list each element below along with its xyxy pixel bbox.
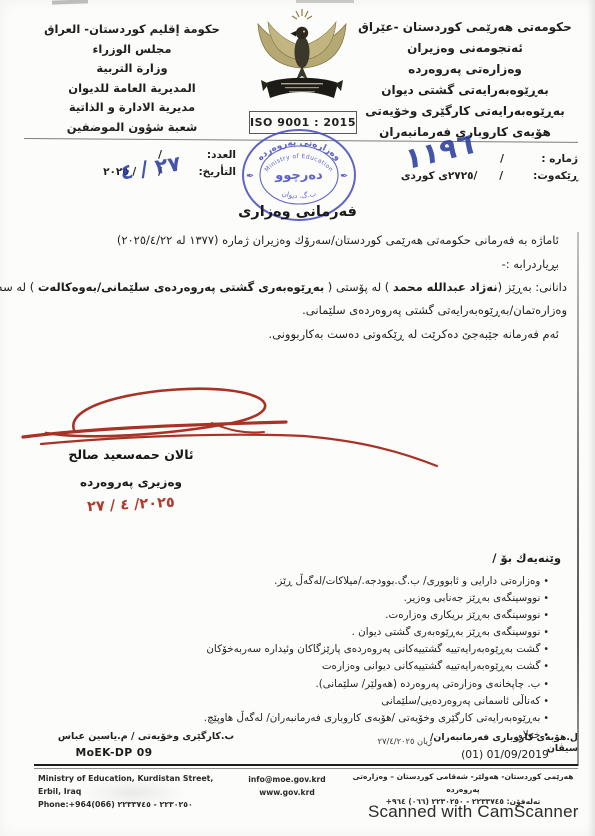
typist-note: ژیان ٢٧/٤/٢٠٢٥ — [328, 736, 432, 746]
number-label: ژمارە : — [534, 151, 578, 168]
letterhead-line: حكومة إقليم كوردستان- العراق — [26, 20, 238, 40]
camscanner-watermark: Scanned with CamScanner — [368, 802, 590, 822]
letterhead-line: بەڕێوەبەرایەتی كارگێری وخۆیەتی — [352, 101, 578, 122]
signatory-title: وەزیری پەروەردە — [40, 475, 222, 489]
copy-list-item: گشت بەڕێوەبەرایەتییە گشتییەكانی پەروەردە… — [20, 641, 549, 658]
decision-intro: بڕیاردرابە :- — [502, 257, 559, 271]
copy-list-item: ب. چاپخانەی وەزارەتی پەروەردە (هەولێر/ س… — [20, 676, 549, 693]
scan-smudge — [52, 0, 88, 5]
date-label: التأريخ: — [192, 164, 236, 181]
letterhead-line: مجلس الوزراء — [26, 40, 238, 60]
copy-list-item: كەناڵی ئاسمانی پەروەردەیی/سلێمانی — [20, 693, 549, 710]
footer-address-en: Ministry of Education, Kurdistan Street,… — [38, 772, 234, 798]
scan-edge-line — [577, 232, 579, 766]
decree-line-1: دانانی: بەڕێز (نەژاد عبدالله محمد ) لە پ… — [0, 280, 567, 294]
letterhead-kurdish: حكومەتی هەرێمی كوردستان -عێراقئەنجومەنی … — [352, 17, 578, 143]
reference-line: ئاماژە بە فەرمانی حكومەتی هەرێمی كوردستا… — [117, 233, 559, 247]
copies-list: وەزارەتی دارایی و ئابووری/ ب.گ.بوودجە./م… — [20, 573, 549, 744]
copies-heading: وێنەیەك بۆ / — [492, 551, 561, 565]
admin-note: ب.كارگێری وخۆیەتی / م.یاسین عباس — [48, 731, 244, 742]
scan-smudge — [296, 0, 354, 3]
footer-website: www.gov.krd — [228, 787, 346, 800]
decree-text: ) لە پۆستی ( — [324, 280, 393, 294]
footer-separator-line-shadow — [34, 768, 578, 769]
footer-contact: info@moe.gov.krd www.gov.krd — [228, 774, 346, 799]
letterhead-line: ئەنجومەنی وەزیران — [352, 38, 578, 59]
form-code: MoEK-DP 09 — [56, 746, 172, 759]
footer-email: info@moe.gov.krd — [228, 774, 346, 787]
signature-handwritten-date: ٢٠٢٥/ ٤ / ٢٧ — [40, 492, 223, 518]
number-label: العدد: — [192, 147, 236, 164]
appointee-name: نەژاد عبدالله محمد — [393, 280, 498, 294]
stamp-bottom-text: ب.گ. دیوان — [281, 189, 317, 200]
document-title: فەرمانی وەزاری — [0, 204, 595, 220]
copy-list-item: بەڕێوەبەرایەتی كارگێری وخۆیەتی /هۆبەی كا… — [20, 710, 549, 727]
svg-text:ب.گ. دیوان: ب.گ. دیوان — [281, 189, 317, 200]
letterhead-line: شعبة شؤون الموضفين — [26, 118, 238, 138]
letterhead-line: حكومەتی هەرێمی كوردستان -عێراق — [352, 17, 578, 38]
document-code: (01) 01/09/2019 — [438, 748, 572, 761]
scanned-document-page: حكومة إقليم كوردستان- العراقمجلس الوزراء… — [0, 0, 595, 836]
decree-text: دانانی: بەڕێز ( — [498, 280, 567, 294]
letterhead-line: بەڕێوەبەرایەتی گشتی دیوان — [352, 80, 578, 101]
letterhead-line: مديرية الادارة و الذاتية — [26, 98, 238, 118]
signatory-name: ئالان حمەسعید صالح — [40, 447, 222, 462]
letterhead-arabic: حكومة إقليم كوردستان- العراقمجلس الوزراء… — [26, 20, 238, 137]
letterhead-line: وەزارەتی پەروەردە — [352, 59, 578, 80]
letterhead-line: المديرية العامة للديوان — [26, 79, 238, 99]
number-value: / — [500, 151, 504, 168]
decree-line-3: ئەم فەرمانە جێبەجێ دەكرێت لە ڕێكەوتی دەس… — [268, 327, 559, 341]
stamp-pen-icon: ✒ — [246, 171, 254, 182]
footer-english: Ministry of Education, Kurdistan Street,… — [38, 772, 234, 811]
copy-list-item: گشت بەڕێوەبەرایەتییە گشتییەكانی دیوانی و… — [20, 658, 549, 675]
copy-list-item: نووسینگەی بەڕێز جەنابی وەزیر. — [20, 590, 549, 607]
date-label: ڕێكەوت: — [533, 168, 578, 185]
copy-list-item: نووسینگەی بەڕێز بەڕێوەبەری گشتی دیوان . — [20, 624, 549, 641]
footer-separator-line — [34, 764, 578, 766]
copy-list-item: وەزارەتی دارایی و ئابووری/ ب.گ.بوودجە./م… — [20, 573, 549, 590]
footer-phone-en: Phone:+964(066) ٢٢٣٠٢٥٠ - ٢٢٣٣٧٤٥ — [38, 798, 234, 811]
decree-text: ) لە سەر میلاكی — [0, 280, 38, 294]
stamp-center-text: دەرچوو — [274, 168, 323, 183]
footer-address-ku: هەرێمی كوردستان- هەولێر- شەقامی كوردستان… — [350, 771, 576, 796]
stamp-pen-icon: ✒ — [340, 171, 348, 182]
decree-line-2: وەزارەتمان/بەڕێوەبەرایەتی گشتی پەروەردەی… — [302, 303, 567, 317]
appointee-post: بەڕێوەبەری گشتی پەروەردەی سلێمانی/بەوەكا… — [38, 280, 324, 294]
letterhead-line: وزارة التربية — [26, 59, 238, 79]
copy-list-item: نووسینگەی بەڕێز بریكاری وەزارەت. — [20, 607, 549, 624]
scan-edge-shadow — [588, 0, 595, 836]
krg-eagle-emblem-icon — [251, 8, 353, 108]
